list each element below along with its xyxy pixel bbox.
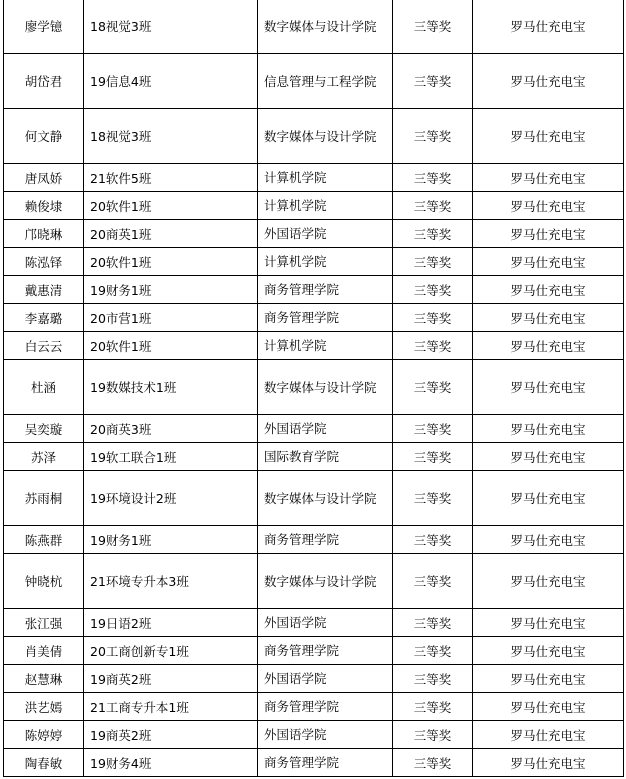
prize-cell: 罗马仕充电宝	[473, 443, 624, 471]
table-row: 陈婷婷19商英2班外国语学院三等奖罗马仕充电宝	[4, 721, 624, 749]
award-level-text: 三等奖	[414, 728, 452, 743]
award-winners-table: 廖学镱18视觉3班数字媒体与设计学院三等奖罗马仕充电宝胡岱君19信息4班信息管理…	[3, 0, 624, 777]
prize-cell: 罗马仕充电宝	[473, 415, 624, 443]
class-cell: 20软件1班	[84, 248, 258, 276]
award-level-cell: 三等奖	[393, 360, 473, 415]
class-cell: 20商英1班	[84, 220, 258, 248]
prize-text: 罗马仕充电宝	[510, 616, 585, 631]
class-cell: 20软件1班	[84, 192, 258, 220]
student-name-cell: 胡岱君	[4, 54, 84, 109]
college-cell: 商务管理学院	[258, 749, 393, 777]
student-name-text: 杜涵	[31, 380, 56, 395]
student-name-cell: 苏雨桐	[4, 471, 84, 526]
award-level-text: 三等奖	[414, 74, 452, 89]
student-name-cell: 赵慧琳	[4, 665, 84, 693]
college-text: 商务管理学院	[264, 637, 382, 664]
college-text: 外国语学院	[264, 721, 382, 748]
table-row: 陈泓铎20软件1班计算机学院三等奖罗马仕充电宝	[4, 248, 624, 276]
class-text: 18视觉3班	[90, 19, 151, 34]
prize-cell: 罗马仕充电宝	[473, 693, 624, 721]
college-text: 信息管理与工程学院	[264, 68, 382, 95]
award-level-text: 三等奖	[414, 491, 452, 506]
table-row: 吴奕璇20商英3班外国语学院三等奖罗马仕充电宝	[4, 415, 624, 443]
student-name-cell: 唐凤娇	[4, 164, 84, 192]
student-name-text: 苏雨桐	[25, 491, 63, 506]
college-cell: 数字媒体与设计学院	[258, 0, 393, 54]
student-name-cell: 陈燕群	[4, 526, 84, 554]
student-name-cell: 何文静	[4, 109, 84, 164]
table-row: 肖美倩20工商创新专1班商务管理学院三等奖罗马仕充电宝	[4, 637, 624, 665]
class-cell: 21环境专升本3班	[84, 554, 258, 609]
class-text: 21软件5班	[90, 171, 151, 186]
class-text: 19商英2班	[90, 672, 151, 687]
college-cell: 商务管理学院	[258, 304, 393, 332]
prize-text: 罗马仕充电宝	[510, 283, 585, 298]
student-name-text: 廖学镱	[25, 19, 63, 34]
prize-text: 罗马仕充电宝	[510, 450, 585, 465]
class-cell: 19财务1班	[84, 276, 258, 304]
award-level-text: 三等奖	[414, 756, 452, 771]
prize-text: 罗马仕充电宝	[510, 199, 585, 214]
prize-text: 罗马仕充电宝	[510, 574, 585, 589]
college-text: 商务管理学院	[264, 526, 382, 553]
student-name-text: 钟晓杭	[25, 574, 63, 589]
student-name-cell: 杜涵	[4, 360, 84, 415]
award-level-text: 三等奖	[414, 644, 452, 659]
prize-text: 罗马仕充电宝	[510, 171, 585, 186]
table-row: 苏雨桐19环境设计2班数字媒体与设计学院三等奖罗马仕充电宝	[4, 471, 624, 526]
class-text: 19数媒技术1班	[90, 380, 176, 395]
prize-text: 罗马仕充电宝	[510, 700, 585, 715]
college-text: 外国语学院	[264, 665, 382, 692]
college-text: 计算机学院	[264, 164, 382, 191]
student-name-text: 肖美倩	[25, 644, 63, 659]
award-level-cell: 三等奖	[393, 749, 473, 777]
prize-text: 罗马仕充电宝	[510, 227, 585, 242]
award-level-text: 三等奖	[414, 227, 452, 242]
class-cell: 18视觉3班	[84, 0, 258, 54]
student-name-text: 吴奕璇	[25, 422, 63, 437]
prize-text: 罗马仕充电宝	[510, 533, 585, 548]
award-level-text: 三等奖	[414, 283, 452, 298]
class-cell: 20市营1班	[84, 304, 258, 332]
student-name-cell: 肖美倩	[4, 637, 84, 665]
table-row: 杜涵19数媒技术1班数字媒体与设计学院三等奖罗马仕充电宝	[4, 360, 624, 415]
class-text: 19财务1班	[90, 533, 151, 548]
table-row: 唐凤娇21软件5班计算机学院三等奖罗马仕充电宝	[4, 164, 624, 192]
class-text: 21工商专升本1班	[90, 700, 189, 715]
prize-text: 罗马仕充电宝	[510, 491, 585, 506]
college-cell: 数字媒体与设计学院	[258, 554, 393, 609]
class-text: 20软件1班	[90, 199, 151, 214]
table-row: 钟晓杭21环境专升本3班数字媒体与设计学院三等奖罗马仕充电宝	[4, 554, 624, 609]
class-text: 20市营1班	[90, 311, 151, 326]
college-cell: 数字媒体与设计学院	[258, 109, 393, 164]
college-text: 数字媒体与设计学院	[264, 374, 382, 401]
college-text: 数字媒体与设计学院	[264, 13, 382, 40]
college-cell: 商务管理学院	[258, 526, 393, 554]
student-name-text: 苏泽	[31, 450, 56, 465]
prize-text: 罗马仕充电宝	[510, 756, 585, 771]
college-text: 数字媒体与设计学院	[264, 123, 382, 150]
college-text: 外国语学院	[264, 609, 382, 636]
college-cell: 国际教育学院	[258, 443, 393, 471]
prize-cell: 罗马仕充电宝	[473, 276, 624, 304]
student-name-text: 洪艺嫣	[25, 700, 63, 715]
student-name-cell: 戴惠清	[4, 276, 84, 304]
prize-text: 罗马仕充电宝	[510, 129, 585, 144]
award-level-cell: 三等奖	[393, 248, 473, 276]
prize-text: 罗马仕充电宝	[510, 339, 585, 354]
class-cell: 21软件5班	[84, 164, 258, 192]
college-cell: 计算机学院	[258, 192, 393, 220]
award-level-text: 三等奖	[414, 574, 452, 589]
class-text: 19日语2班	[90, 616, 151, 631]
college-cell: 外国语学院	[258, 609, 393, 637]
student-name-text: 李嘉璐	[25, 311, 63, 326]
award-level-cell: 三等奖	[393, 276, 473, 304]
class-cell: 18视觉3班	[84, 109, 258, 164]
student-name-text: 张江强	[25, 616, 63, 631]
award-level-cell: 三等奖	[393, 0, 473, 54]
student-name-cell: 白云云	[4, 332, 84, 360]
prize-cell: 罗马仕充电宝	[473, 54, 624, 109]
student-name-text: 赖俊埭	[25, 199, 63, 214]
class-text: 18视觉3班	[90, 129, 151, 144]
student-name-cell: 李嘉璐	[4, 304, 84, 332]
college-text: 商务管理学院	[264, 304, 382, 331]
prize-cell: 罗马仕充电宝	[473, 554, 624, 609]
prize-cell: 罗马仕充电宝	[473, 248, 624, 276]
college-text: 外国语学院	[264, 415, 382, 442]
prize-cell: 罗马仕充电宝	[473, 192, 624, 220]
award-level-cell: 三等奖	[393, 665, 473, 693]
student-name-cell: 张江强	[4, 609, 84, 637]
prize-cell: 罗马仕充电宝	[473, 637, 624, 665]
table-row: 苏泽19软工联合1班国际教育学院三等奖罗马仕充电宝	[4, 443, 624, 471]
student-name-cell: 苏泽	[4, 443, 84, 471]
award-level-text: 三等奖	[414, 533, 452, 548]
table-row: 邝晓琳20商英1班外国语学院三等奖罗马仕充电宝	[4, 220, 624, 248]
class-cell: 19环境设计2班	[84, 471, 258, 526]
student-name-text: 戴惠清	[25, 283, 63, 298]
student-name-cell: 赖俊埭	[4, 192, 84, 220]
prize-cell: 罗马仕充电宝	[473, 332, 624, 360]
award-level-cell: 三等奖	[393, 415, 473, 443]
award-level-cell: 三等奖	[393, 109, 473, 164]
class-text: 19财务1班	[90, 283, 151, 298]
award-level-text: 三等奖	[414, 450, 452, 465]
award-level-text: 三等奖	[414, 255, 452, 270]
college-cell: 计算机学院	[258, 164, 393, 192]
student-name-text: 邝晓琳	[25, 227, 63, 242]
student-name-text: 何文静	[25, 129, 63, 144]
award-level-cell: 三等奖	[393, 192, 473, 220]
student-name-cell: 廖学镱	[4, 0, 84, 54]
table-row: 胡岱君19信息4班信息管理与工程学院三等奖罗马仕充电宝	[4, 54, 624, 109]
award-level-cell: 三等奖	[393, 721, 473, 749]
prize-cell: 罗马仕充电宝	[473, 749, 624, 777]
table-row: 赖俊埭20软件1班计算机学院三等奖罗马仕充电宝	[4, 192, 624, 220]
class-cell: 20工商创新专1班	[84, 637, 258, 665]
college-cell: 数字媒体与设计学院	[258, 360, 393, 415]
college-text: 商务管理学院	[264, 693, 382, 720]
prize-cell: 罗马仕充电宝	[473, 526, 624, 554]
student-name-cell: 邝晓琳	[4, 220, 84, 248]
prize-text: 罗马仕充电宝	[510, 644, 585, 659]
award-level-text: 三等奖	[414, 700, 452, 715]
class-cell: 19日语2班	[84, 609, 258, 637]
class-cell: 20软件1班	[84, 332, 258, 360]
table-row: 何文静18视觉3班数字媒体与设计学院三等奖罗马仕充电宝	[4, 109, 624, 164]
class-cell: 19数媒技术1班	[84, 360, 258, 415]
college-cell: 数字媒体与设计学院	[258, 471, 393, 526]
student-name-cell: 洪艺嫣	[4, 693, 84, 721]
award-level-cell: 三等奖	[393, 693, 473, 721]
class-text: 20工商创新专1班	[90, 644, 189, 659]
student-name-text: 陈泓铎	[25, 255, 63, 270]
prize-cell: 罗马仕充电宝	[473, 164, 624, 192]
class-text: 19环境设计2班	[90, 491, 176, 506]
award-level-cell: 三等奖	[393, 304, 473, 332]
college-text: 商务管理学院	[264, 749, 382, 776]
class-cell: 19信息4班	[84, 54, 258, 109]
prize-text: 罗马仕充电宝	[510, 311, 585, 326]
prize-cell: 罗马仕充电宝	[473, 220, 624, 248]
prize-text: 罗马仕充电宝	[510, 255, 585, 270]
prize-text: 罗马仕充电宝	[510, 728, 585, 743]
class-cell: 19财务4班	[84, 749, 258, 777]
award-level-cell: 三等奖	[393, 220, 473, 248]
award-level-cell: 三等奖	[393, 554, 473, 609]
table-row: 李嘉璐20市营1班商务管理学院三等奖罗马仕充电宝	[4, 304, 624, 332]
student-name-text: 陈燕群	[25, 533, 63, 548]
table-row: 张江强19日语2班外国语学院三等奖罗马仕充电宝	[4, 609, 624, 637]
prize-text: 罗马仕充电宝	[510, 672, 585, 687]
table-row: 洪艺嫣21工商专升本1班商务管理学院三等奖罗马仕充电宝	[4, 693, 624, 721]
college-text: 计算机学院	[264, 192, 382, 219]
college-cell: 计算机学院	[258, 248, 393, 276]
class-text: 19信息4班	[90, 74, 151, 89]
class-cell: 20商英3班	[84, 415, 258, 443]
award-level-text: 三等奖	[414, 19, 452, 34]
award-level-text: 三等奖	[414, 672, 452, 687]
college-cell: 外国语学院	[258, 415, 393, 443]
college-cell: 计算机学院	[258, 332, 393, 360]
prize-text: 罗马仕充电宝	[510, 19, 585, 34]
college-text: 国际教育学院	[264, 443, 382, 470]
class-text: 19商英2班	[90, 728, 151, 743]
class-text: 20软件1班	[90, 255, 151, 270]
prize-cell: 罗马仕充电宝	[473, 0, 624, 54]
college-cell: 商务管理学院	[258, 693, 393, 721]
class-text: 20商英3班	[90, 422, 151, 437]
award-level-cell: 三等奖	[393, 609, 473, 637]
prize-cell: 罗马仕充电宝	[473, 471, 624, 526]
award-level-cell: 三等奖	[393, 471, 473, 526]
table-row: 白云云20软件1班计算机学院三等奖罗马仕充电宝	[4, 332, 624, 360]
student-name-text: 陈婷婷	[25, 728, 63, 743]
class-cell: 19财务1班	[84, 526, 258, 554]
award-level-cell: 三等奖	[393, 164, 473, 192]
prize-cell: 罗马仕充电宝	[473, 109, 624, 164]
college-cell: 商务管理学院	[258, 276, 393, 304]
class-cell: 19软工联合1班	[84, 443, 258, 471]
college-cell: 商务管理学院	[258, 637, 393, 665]
award-level-cell: 三等奖	[393, 526, 473, 554]
college-text: 计算机学院	[264, 248, 382, 275]
table-row: 廖学镱18视觉3班数字媒体与设计学院三等奖罗马仕充电宝	[4, 0, 624, 54]
award-level-text: 三等奖	[414, 129, 452, 144]
student-name-text: 陶春敏	[25, 756, 63, 771]
college-cell: 外国语学院	[258, 220, 393, 248]
student-name-cell: 钟晓杭	[4, 554, 84, 609]
student-name-text: 胡岱君	[25, 74, 63, 89]
student-name-cell: 吴奕璇	[4, 415, 84, 443]
prize-cell: 罗马仕充电宝	[473, 360, 624, 415]
prize-cell: 罗马仕充电宝	[473, 665, 624, 693]
college-cell: 外国语学院	[258, 721, 393, 749]
award-level-text: 三等奖	[414, 171, 452, 186]
award-level-cell: 三等奖	[393, 54, 473, 109]
class-text: 19软工联合1班	[90, 450, 176, 465]
prize-text: 罗马仕充电宝	[510, 422, 585, 437]
table-body: 廖学镱18视觉3班数字媒体与设计学院三等奖罗马仕充电宝胡岱君19信息4班信息管理…	[4, 0, 624, 777]
prize-cell: 罗马仕充电宝	[473, 721, 624, 749]
student-name-text: 白云云	[25, 339, 63, 354]
prize-cell: 罗马仕充电宝	[473, 304, 624, 332]
student-name-cell: 陈泓铎	[4, 248, 84, 276]
college-cell: 信息管理与工程学院	[258, 54, 393, 109]
class-text: 20软件1班	[90, 339, 151, 354]
college-text: 计算机学院	[264, 332, 382, 359]
college-text: 数字媒体与设计学院	[264, 568, 382, 595]
class-cell: 19商英2班	[84, 665, 258, 693]
class-text: 20商英1班	[90, 227, 151, 242]
class-cell: 19商英2班	[84, 721, 258, 749]
award-level-text: 三等奖	[414, 339, 452, 354]
award-level-text: 三等奖	[414, 380, 452, 395]
prize-cell: 罗马仕充电宝	[473, 609, 624, 637]
student-name-cell: 陈婷婷	[4, 721, 84, 749]
table-row: 陶春敏19财务4班商务管理学院三等奖罗马仕充电宝	[4, 749, 624, 777]
award-level-cell: 三等奖	[393, 443, 473, 471]
table-row: 陈燕群19财务1班商务管理学院三等奖罗马仕充电宝	[4, 526, 624, 554]
award-level-text: 三等奖	[414, 422, 452, 437]
prize-text: 罗马仕充电宝	[510, 380, 585, 395]
student-name-text: 唐凤娇	[25, 171, 63, 186]
award-level-text: 三等奖	[414, 616, 452, 631]
student-name-text: 赵慧琳	[25, 672, 63, 687]
college-text: 商务管理学院	[264, 276, 382, 303]
college-text: 外国语学院	[264, 220, 382, 247]
prize-text: 罗马仕充电宝	[510, 74, 585, 89]
table-row: 赵慧琳19商英2班外国语学院三等奖罗马仕充电宝	[4, 665, 624, 693]
student-name-cell: 陶春敏	[4, 749, 84, 777]
class-cell: 21工商专升本1班	[84, 693, 258, 721]
award-level-text: 三等奖	[414, 311, 452, 326]
award-level-text: 三等奖	[414, 199, 452, 214]
class-text: 21环境专升本3班	[90, 574, 189, 589]
award-level-cell: 三等奖	[393, 332, 473, 360]
award-level-cell: 三等奖	[393, 637, 473, 665]
college-cell: 外国语学院	[258, 665, 393, 693]
table-row: 戴惠清19财务1班商务管理学院三等奖罗马仕充电宝	[4, 276, 624, 304]
class-text: 19财务4班	[90, 756, 151, 771]
college-text: 数字媒体与设计学院	[264, 485, 382, 512]
